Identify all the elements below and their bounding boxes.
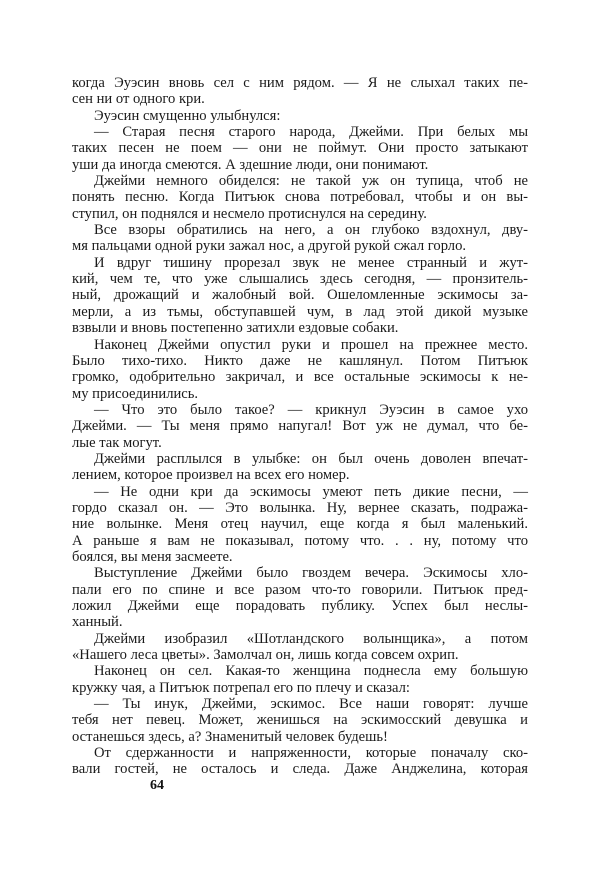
text-line: кружку чая, а Питъюк потрепал его по пле… [72, 680, 528, 696]
text-line: А раньше я вам не показывал, потому что.… [72, 533, 528, 549]
text-line: останешься здесь, а? Знаменитый человек … [72, 729, 528, 745]
text-line: взвыли и вновь постепенно затихли ездовы… [72, 320, 528, 336]
text-line: — Ты инук, Джейми, эскимос. Все наши гов… [72, 696, 528, 712]
text-line: Эуэсин смущенно улыбнулся: [72, 108, 528, 124]
text-line: ный, дрожащий и жалобный вой. Ошеломленн… [72, 287, 528, 303]
text-line: Джейми расплылся в улыбке: он был очень … [72, 451, 528, 467]
text-line: пали его по спине и все разом что-то гов… [72, 582, 528, 598]
text-line: Наконец он сел. Какая-то женщина поднесл… [72, 663, 528, 679]
text-line: ние волынке. Меня отец научил, еще когда… [72, 516, 528, 532]
text-line: уши да иногда смеются. А здешние люди, о… [72, 157, 528, 173]
text-line: гордо сказал он. — Это волынка. Ну, верн… [72, 500, 528, 516]
text-line: понять песню. Когда Питъюк снова потребо… [72, 189, 528, 205]
text-line: лые так могут. [72, 435, 528, 451]
text-line: громко, одобрительно закричал, и все ост… [72, 369, 528, 385]
text-line: Наконец Джейми опустил руки и прошел на … [72, 337, 528, 353]
text-line: мерли, а из тьмы, обступавшей чум, в лад… [72, 304, 528, 320]
text-line: Выступление Джейми было гвоздем вечера. … [72, 565, 528, 581]
text-line: когда Эуэсин вновь сел с ним рядом. — Я … [72, 75, 528, 91]
text-line: «Нашего леса цветы». Замолчал он, лишь к… [72, 647, 528, 663]
text-line: таких песен не поем — они не поймут. Они… [72, 140, 528, 156]
text-line: Было тихо-тихо. Никто даже не кашлянул. … [72, 353, 528, 369]
text-line: ступил, он поднялся и несмело протиснулс… [72, 206, 528, 222]
text-line: тебя нет певец. Может, женишься на эским… [72, 712, 528, 728]
text-line: лением, которое произвел на всех его ном… [72, 467, 528, 483]
text-line: му присоединились. [72, 386, 528, 402]
text-line: боялся, вы меня засмеете. [72, 549, 528, 565]
text-line: — Что это было такое? — крикнул Эуэсин в… [72, 402, 528, 418]
text-line: кий, чем те, что уже слышались здесь сег… [72, 271, 528, 287]
text-line: ханный. [72, 614, 528, 630]
text-line: — Старая песня старого народа, Джейми. П… [72, 124, 528, 140]
text-line: мя пальцами одной руки зажал нос, а друг… [72, 238, 528, 254]
text-line: Джейми немного обиделся: не такой уж он … [72, 173, 528, 189]
text-line: ложил Джейми еще порадовать публику. Усп… [72, 598, 528, 614]
text-line: Джейми изобразил «Шотландского волынщика… [72, 631, 528, 647]
page-body-text: когда Эуэсин вновь сел с ним рядом. — Я … [72, 75, 528, 778]
text-line: вали гостей, не осталось и следа. Даже А… [72, 761, 528, 777]
page-number: 64 [150, 778, 164, 794]
text-line: Джейми. — Ты меня прямо напугал! Вот уж … [72, 418, 528, 434]
text-line: — Не одни кри да эскимосы умеют петь дик… [72, 484, 528, 500]
text-line: Все взоры обратились на него, а он глубо… [72, 222, 528, 238]
text-line: сен ни от одного кри. [72, 91, 528, 107]
text-line: И вдруг тишину прорезал звук не менее ст… [72, 255, 528, 271]
text-line: От сдержанности и напряженности, которые… [72, 745, 528, 761]
